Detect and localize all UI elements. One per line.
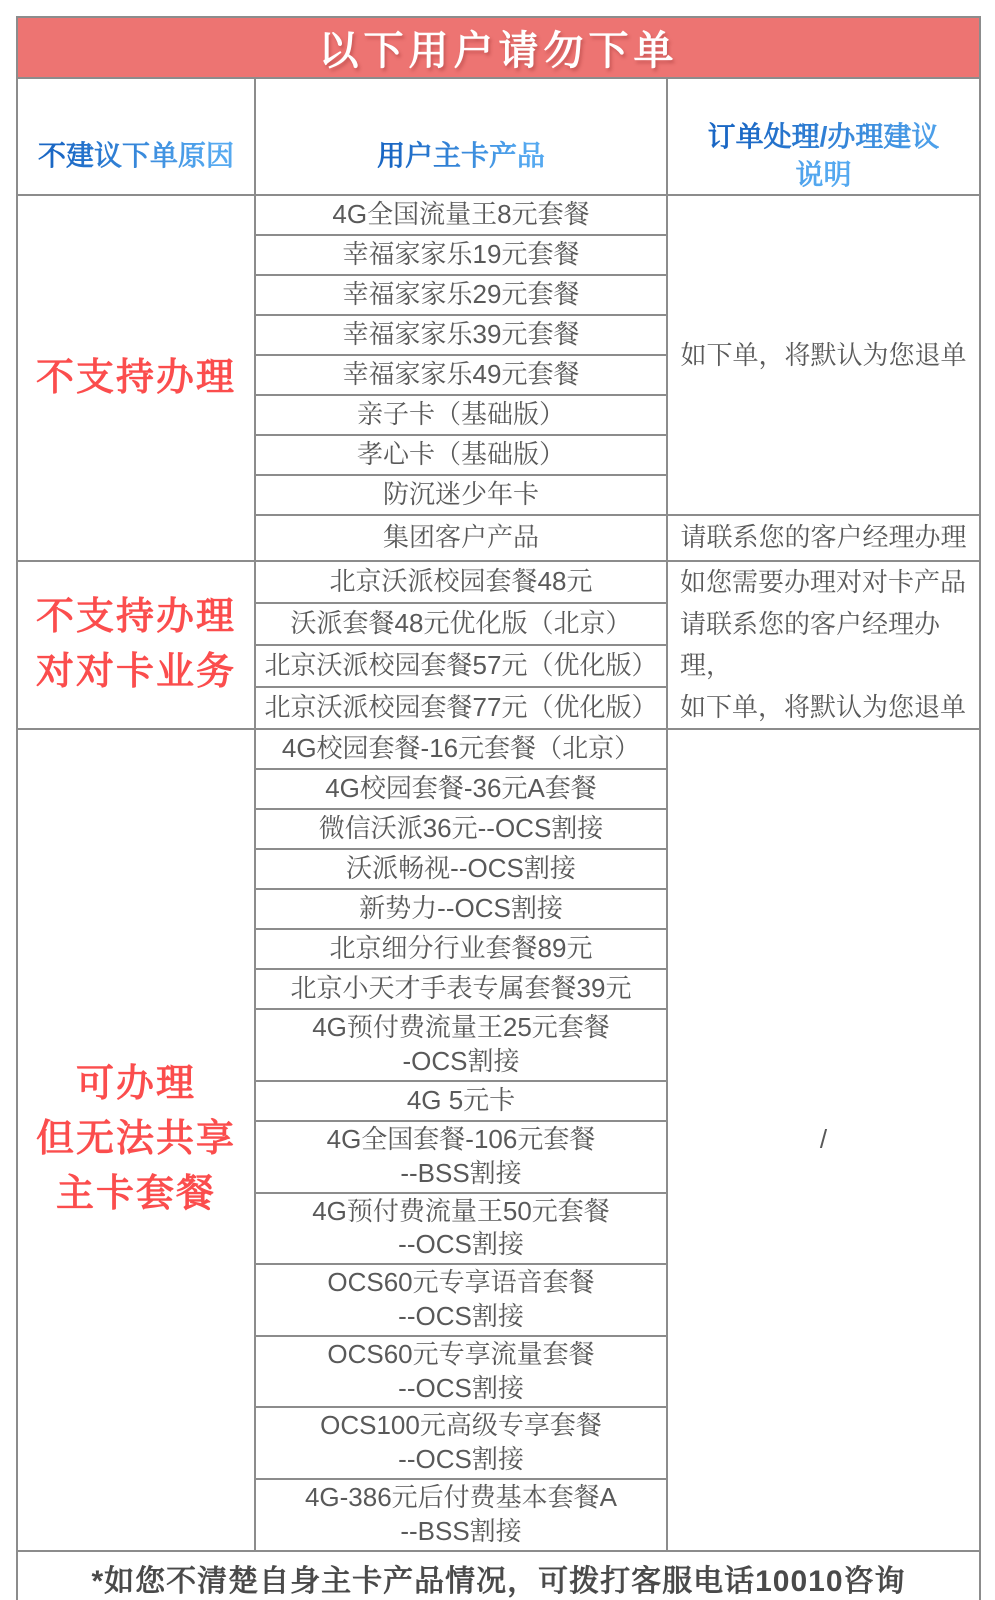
product-cell: 沃派畅视--OCS割接 xyxy=(255,849,667,889)
product-cell: 北京沃派校园套餐57元（优化版） xyxy=(255,645,667,687)
product-cell: 4G校园套餐-16元套餐（北京） xyxy=(255,729,667,769)
product-cell: 幸福家家乐19元套餐 xyxy=(255,235,667,275)
advice-cell: / xyxy=(667,729,980,1550)
product-cell: 防沉迷少年卡 xyxy=(255,475,667,515)
product-cell: 4G全国套餐-106元套餐 --BSS割接 xyxy=(255,1121,667,1193)
product-row: 可办理 但无法共享 主卡套餐4G校园套餐-16元套餐（北京）/ xyxy=(17,729,980,769)
product-row: 不支持办理 对对卡业务北京沃派校园套餐48元如您需要办理对对卡产品 请联系您的客… xyxy=(17,561,980,603)
product-cell: 亲子卡（基础版） xyxy=(255,395,667,435)
table-title-text: 以下用户请勿下单 xyxy=(319,29,679,73)
reason-cell: 可办理 但无法共享 主卡套餐 xyxy=(17,729,255,1550)
advice-cell: 如您需要办理对对卡产品 请联系您的客户经理办理， 如下单，将默认为您退单 xyxy=(667,561,980,729)
column-header-reason-label: 不建议下单原因 xyxy=(38,140,234,171)
product-cell: 4G全国流量王8元套餐 xyxy=(255,195,667,235)
product-row: 不支持办理4G全国流量王8元套餐如下单，将默认为您退单 xyxy=(17,195,980,235)
product-cell: 新势力--OCS割接 xyxy=(255,889,667,929)
product-cell: 孝心卡（基础版） xyxy=(255,435,667,475)
product-cell: 北京细分行业套餐89元 xyxy=(255,929,667,969)
column-header-advice: 订单处理/办理建议 说明 xyxy=(667,78,980,195)
product-cell: 北京沃派校园套餐48元 xyxy=(255,561,667,603)
reason-cell: 不支持办理 xyxy=(17,195,255,561)
product-cell: OCS60元专享流量套餐 --OCS割接 xyxy=(255,1336,667,1408)
product-cell: 4G 5元卡 xyxy=(255,1081,667,1121)
title-row: 以下用户请勿下单 xyxy=(17,17,980,78)
advice-cell: 请联系您的客户经理办理 xyxy=(667,515,980,561)
column-header-advice-label: 订单处理/办理建议 说明 xyxy=(708,121,940,190)
notice-page: 以下用户请勿下单 不建议下单原因 用户主卡产品 订单处理/办理建议 说明 不支持… xyxy=(0,0,995,1600)
product-cell: 4G-386元后付费基本套餐A --BSS割接 xyxy=(255,1479,667,1551)
column-header-row: 不建议下单原因 用户主卡产品 订单处理/办理建议 说明 xyxy=(17,78,980,195)
do-not-order-table: 以下用户请勿下单 不建议下单原因 用户主卡产品 订单处理/办理建议 说明 不支持… xyxy=(16,16,981,1600)
column-header-product-label: 用户主卡产品 xyxy=(377,140,545,171)
footer-row: *如您不清楚自身主卡产品情况，可拨打客服电话10010咨询 xyxy=(17,1551,980,1600)
product-cell: 北京小天才手表专属套餐39元 xyxy=(255,969,667,1009)
product-cell: 沃派套餐48元优化版（北京） xyxy=(255,603,667,645)
product-cell: 4G预付费流量王25元套餐 -OCS割接 xyxy=(255,1009,667,1081)
footer-note: *如您不清楚自身主卡产品情况，可拨打客服电话10010咨询 xyxy=(17,1551,980,1600)
table-title: 以下用户请勿下单 xyxy=(17,17,980,78)
column-header-reason: 不建议下单原因 xyxy=(17,78,255,195)
product-cell: 幸福家家乐49元套餐 xyxy=(255,355,667,395)
table-body: 不支持办理4G全国流量王8元套餐如下单，将默认为您退单幸福家家乐19元套餐幸福家… xyxy=(17,195,980,1550)
product-cell: OCS100元高级专享套餐 --OCS割接 xyxy=(255,1407,667,1479)
product-cell: 4G预付费流量王50元套餐 --OCS割接 xyxy=(255,1193,667,1265)
product-cell: 北京沃派校园套餐77元（优化版） xyxy=(255,687,667,729)
product-cell: 微信沃派36元--OCS割接 xyxy=(255,809,667,849)
column-header-product: 用户主卡产品 xyxy=(255,78,667,195)
product-cell: OCS60元专享语音套餐 --OCS割接 xyxy=(255,1264,667,1336)
reason-cell: 不支持办理 对对卡业务 xyxy=(17,561,255,729)
product-cell: 4G校园套餐-36元A套餐 xyxy=(255,769,667,809)
product-cell: 幸福家家乐29元套餐 xyxy=(255,275,667,315)
product-cell: 集团客户产品 xyxy=(255,515,667,561)
product-cell: 幸福家家乐39元套餐 xyxy=(255,315,667,355)
advice-cell: 如下单，将默认为您退单 xyxy=(667,195,980,515)
